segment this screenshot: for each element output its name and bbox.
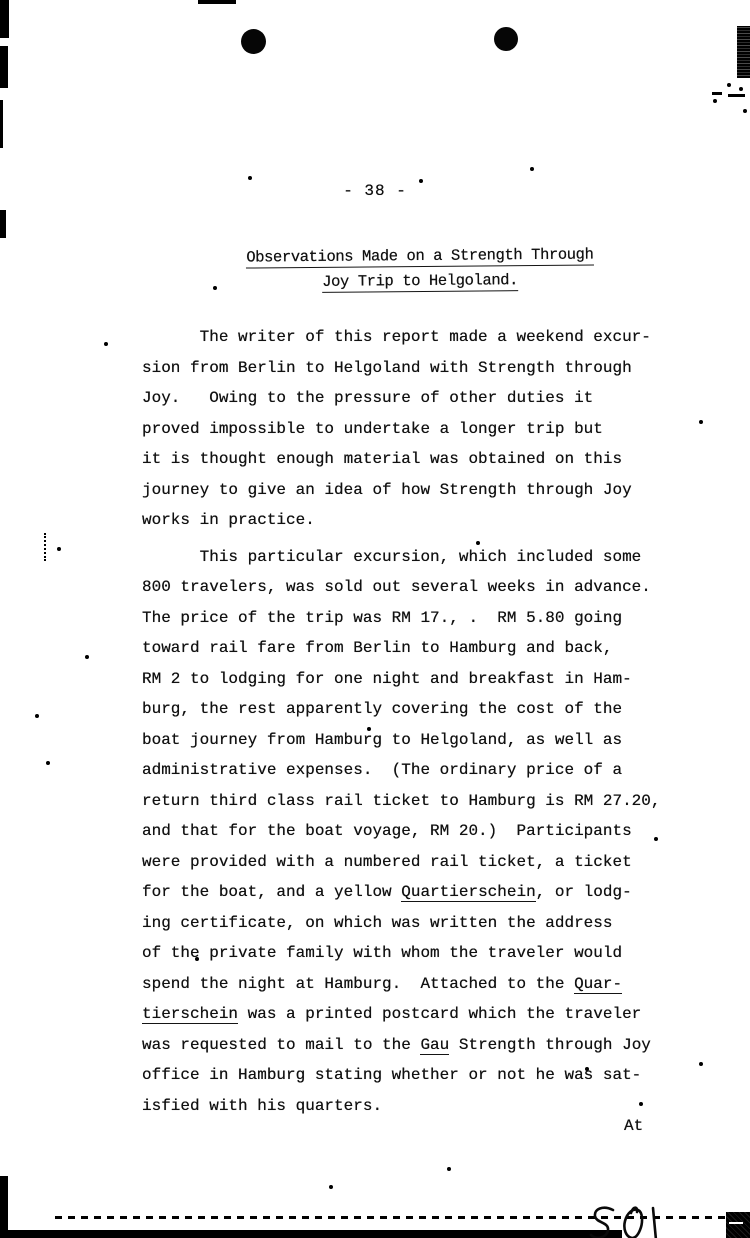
- catchword: At: [624, 1117, 643, 1135]
- title-line: Joy Trip to Helgoland.: [150, 267, 690, 297]
- scan-edge-artifact: [198, 0, 236, 4]
- scan-edge-artifact: [0, 1176, 8, 1238]
- scan-corner-blob: [726, 1212, 750, 1238]
- scan-edge-artifact: [0, 100, 3, 148]
- text-line: tierschein was a printed postcard which …: [142, 999, 682, 1030]
- text-line: of the private family with whom the trav…: [142, 938, 682, 969]
- scan-bottom-bar: [8, 1230, 622, 1238]
- text-line: administrative expenses. (The ordinary p…: [142, 755, 682, 786]
- handwritten-501: [585, 1202, 681, 1238]
- scan-edge-artifact: [712, 92, 722, 95]
- scan-edge-artifact: [0, 210, 6, 238]
- text-line: proved impossible to undertake a longer …: [142, 414, 682, 445]
- page-number: - 38 -: [0, 182, 750, 200]
- text-line: This particular excursion, which include…: [142, 542, 682, 573]
- text-line: ing certificate, on which was written th…: [142, 908, 682, 939]
- text-line: and that for the boat voyage, RM 20.) Pa…: [142, 816, 682, 847]
- text-line: 800 travelers, was sold out several week…: [142, 572, 682, 603]
- hole-punch-right-icon: [494, 27, 518, 51]
- text-line: office in Hamburg stating whether or not…: [142, 1060, 682, 1091]
- text-line: journey to give an idea of how Strength …: [142, 475, 682, 506]
- text-line: toward rail fare from Berlin to Hamburg …: [142, 633, 682, 664]
- text-line: sion from Berlin to Helgoland with Stren…: [142, 353, 682, 384]
- scan-edge-artifact: [0, 0, 9, 38]
- scan-edge-artifact: [728, 94, 745, 97]
- text-line: The price of the trip was RM 17., . RM 5…: [142, 603, 682, 634]
- scan-margin-artifact: [44, 533, 46, 561]
- paragraph: This particular excursion, which include…: [142, 542, 682, 1122]
- text-line: it is thought enough material was obtain…: [142, 444, 682, 475]
- text-line: RM 2 to lodging for one night and breakf…: [142, 664, 682, 695]
- text-line: for the boat, and a yellow Quartierschei…: [142, 877, 682, 908]
- text-line: return third class rail ticket to Hambur…: [142, 786, 682, 817]
- scan-edge-artifact: [0, 46, 8, 88]
- text-line: were provided with a numbered rail ticke…: [142, 847, 682, 878]
- scan-speckles: [0, 0, 2, 2]
- paragraph: The writer of this report made a weekend…: [142, 322, 682, 536]
- text-line: was requested to mail to the Gau Strengt…: [142, 1030, 682, 1061]
- text-line: boat journey from Hamburg to Helgoland, …: [142, 725, 682, 756]
- document-title: Observations Made on a Strength ThroughJ…: [150, 242, 690, 297]
- text-line: spend the night at Hamburg. Attached to …: [142, 969, 682, 1000]
- text-line: burg, the rest apparently covering the c…: [142, 694, 682, 725]
- text-line: The writer of this report made a weekend…: [142, 322, 682, 353]
- text-line: works in practice.: [142, 505, 682, 536]
- hole-punch-left-icon: [241, 29, 266, 54]
- text-line: isfied with his quarters.: [142, 1091, 682, 1122]
- document-body: The writer of this report made a weekend…: [142, 322, 682, 1121]
- scan-edge-noise: [737, 26, 750, 78]
- text-line: Joy. Owing to the pressure of other duti…: [142, 383, 682, 414]
- scanned-document-page: - 38 - Observations Made on a Strength T…: [0, 0, 750, 1238]
